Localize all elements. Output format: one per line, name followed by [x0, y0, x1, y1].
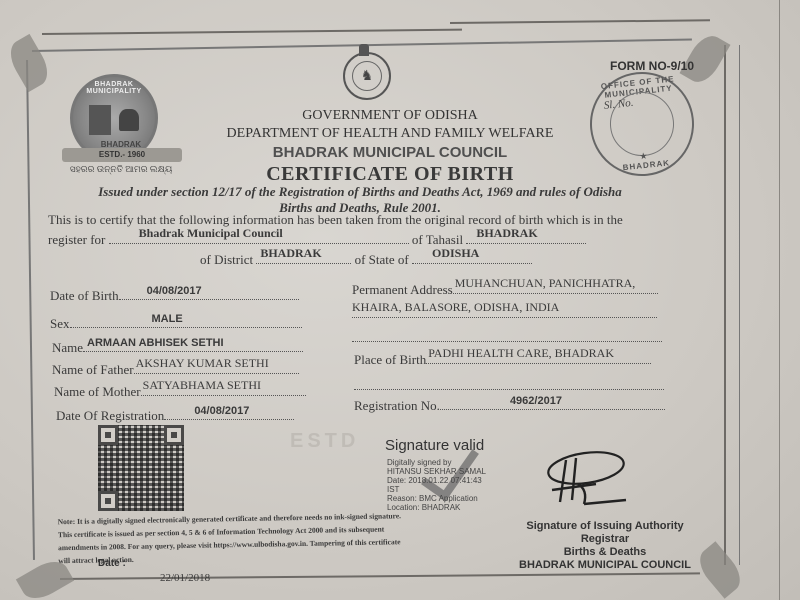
address-line2-value: KHAIRA, BALASORE, ODISHA, INDIA [352, 300, 559, 315]
certificate-paper: BHADRAK MUNICIPALITY BHADRAK ESTD.- 1960… [0, 0, 800, 600]
handwritten-signature-icon [538, 450, 628, 510]
issue-date-value: 22/01/2018 [160, 572, 210, 584]
government-heading: GOVERNMENT OF ODISHA [140, 108, 640, 124]
qr-finder-icon [164, 425, 184, 445]
child-name-value: ARMAAN ABHISEK SETHI [87, 337, 224, 349]
district-label: of District [200, 252, 253, 267]
address-row-2: KHAIRA, BALASORE, ODISHA, INDIA [352, 306, 657, 322]
building-icon [89, 105, 111, 135]
certificate-title: CERTIFICATE OF BIRTH [140, 163, 640, 186]
sig-reason: Reason: BMC Application [387, 494, 486, 503]
address-line1-value: MUHANCHUAN, PANICHHATRA, [455, 276, 636, 291]
issue-date-label: Date : [98, 558, 126, 569]
qr-code [98, 425, 184, 511]
mother-row: Name of MotherSATYABHAMA SETHI [54, 384, 306, 400]
district-value: BHADRAK [260, 246, 321, 261]
sex-label: Sex [50, 316, 70, 331]
qr-finder-icon [98, 491, 118, 511]
authority-line4: BHADRAK MUNICIPAL COUNCIL [505, 559, 705, 572]
border-line [450, 19, 710, 24]
registration-date-row: Date Of Registration04/08/2017 [56, 408, 294, 424]
register-for-label: register for [48, 232, 105, 247]
mother-name-value: SATYABHAMA SETHI [143, 378, 261, 393]
border-line [779, 0, 780, 600]
digital-signature-details: Digitally signed by HITANSU SEKHAR SAMAL… [387, 458, 486, 512]
elephant-icon: ♞ [352, 61, 382, 91]
registration-number-row: Registration No.4962/2017 [354, 398, 665, 414]
name-label: Name [52, 340, 83, 355]
sig-tz: IST [387, 485, 486, 494]
registration-number-value: 4962/2017 [510, 395, 562, 407]
lion-emblem-icon [119, 109, 139, 131]
father-name-value: AKSHAY KUMAR SETHI [136, 356, 269, 371]
sex-value: MALE [152, 313, 183, 325]
logo-ring-text: BHADRAK MUNICIPALITY [73, 81, 155, 95]
sig-date: Date: 2018.01.22 07:41:43 [387, 476, 486, 485]
state-value: ODISHA [432, 246, 479, 261]
department-heading: DEPARTMENT OF HEALTH AND FAMILY WELFARE [140, 126, 640, 142]
council-heading: BHADRAK MUNICIPAL COUNCIL [140, 144, 640, 161]
sex-row: SexMALE [50, 316, 302, 332]
dob-label: Date of Birth [50, 288, 119, 303]
form-number: FORM NO-9/10 [610, 59, 694, 73]
issuing-authority-block: Signature of Issuing Authority Registrar… [505, 520, 705, 572]
border-line [724, 45, 726, 565]
sig-signer: HITANSU SEKHAR SAMAL [387, 467, 486, 476]
tahasil-label: of Tahasil [412, 232, 463, 247]
place-of-birth-row-2 [354, 378, 664, 394]
tahasil-value: BHADRAK [476, 226, 537, 241]
name-row: NameARMAAN ABHISEK SETHI [52, 340, 303, 356]
address-row: Permanent AddressMUHANCHUAN, PANICHHATRA… [352, 282, 658, 298]
odisha-emblem: ♞ [343, 52, 391, 100]
watermark-text: ESTD [290, 430, 359, 453]
place-of-birth-row: Place of BirthPADHI HEALTH CARE, BHADRAK [354, 352, 651, 368]
authority-line2: Registrar [505, 533, 705, 546]
qr-finder-icon [98, 425, 118, 445]
registration-date-label: Date Of Registration [56, 408, 164, 423]
state-label: of State of [355, 252, 409, 267]
mother-label: Name of Mother [54, 384, 141, 399]
dob-row: Date of Birth04/08/2017 [50, 288, 299, 304]
authority-line3: Births & Deaths [505, 546, 705, 559]
sig-line: Digitally signed by [387, 458, 486, 467]
district-row: of District BHADRAK of State of ODISHA [200, 252, 532, 268]
registration-number-label: Registration No. [354, 398, 440, 413]
father-row: Name of FatherAKSHAY KUMAR SETHI [52, 362, 299, 378]
father-label: Name of Father [52, 362, 134, 377]
border-line [26, 60, 35, 560]
issued-under-line1: Issued under section 12/17 of the Regist… [50, 184, 670, 200]
address-label: Permanent Address [352, 282, 453, 297]
place-of-birth-value: PADHI HEALTH CARE, BHADRAK [428, 346, 614, 361]
border-line [739, 45, 740, 565]
address-row-3 [352, 330, 662, 346]
register-for-value: Bhadrak Municipal Council [139, 226, 283, 241]
dob-value: 04/08/2017 [147, 285, 202, 297]
border-line [42, 29, 462, 35]
corner-flourish-icon [4, 34, 55, 92]
border-line [60, 572, 700, 580]
registration-date-value: 04/08/2017 [194, 405, 249, 417]
place-of-birth-label: Place of Birth [354, 352, 426, 367]
authority-line1: Signature of Issuing Authority [505, 520, 705, 533]
